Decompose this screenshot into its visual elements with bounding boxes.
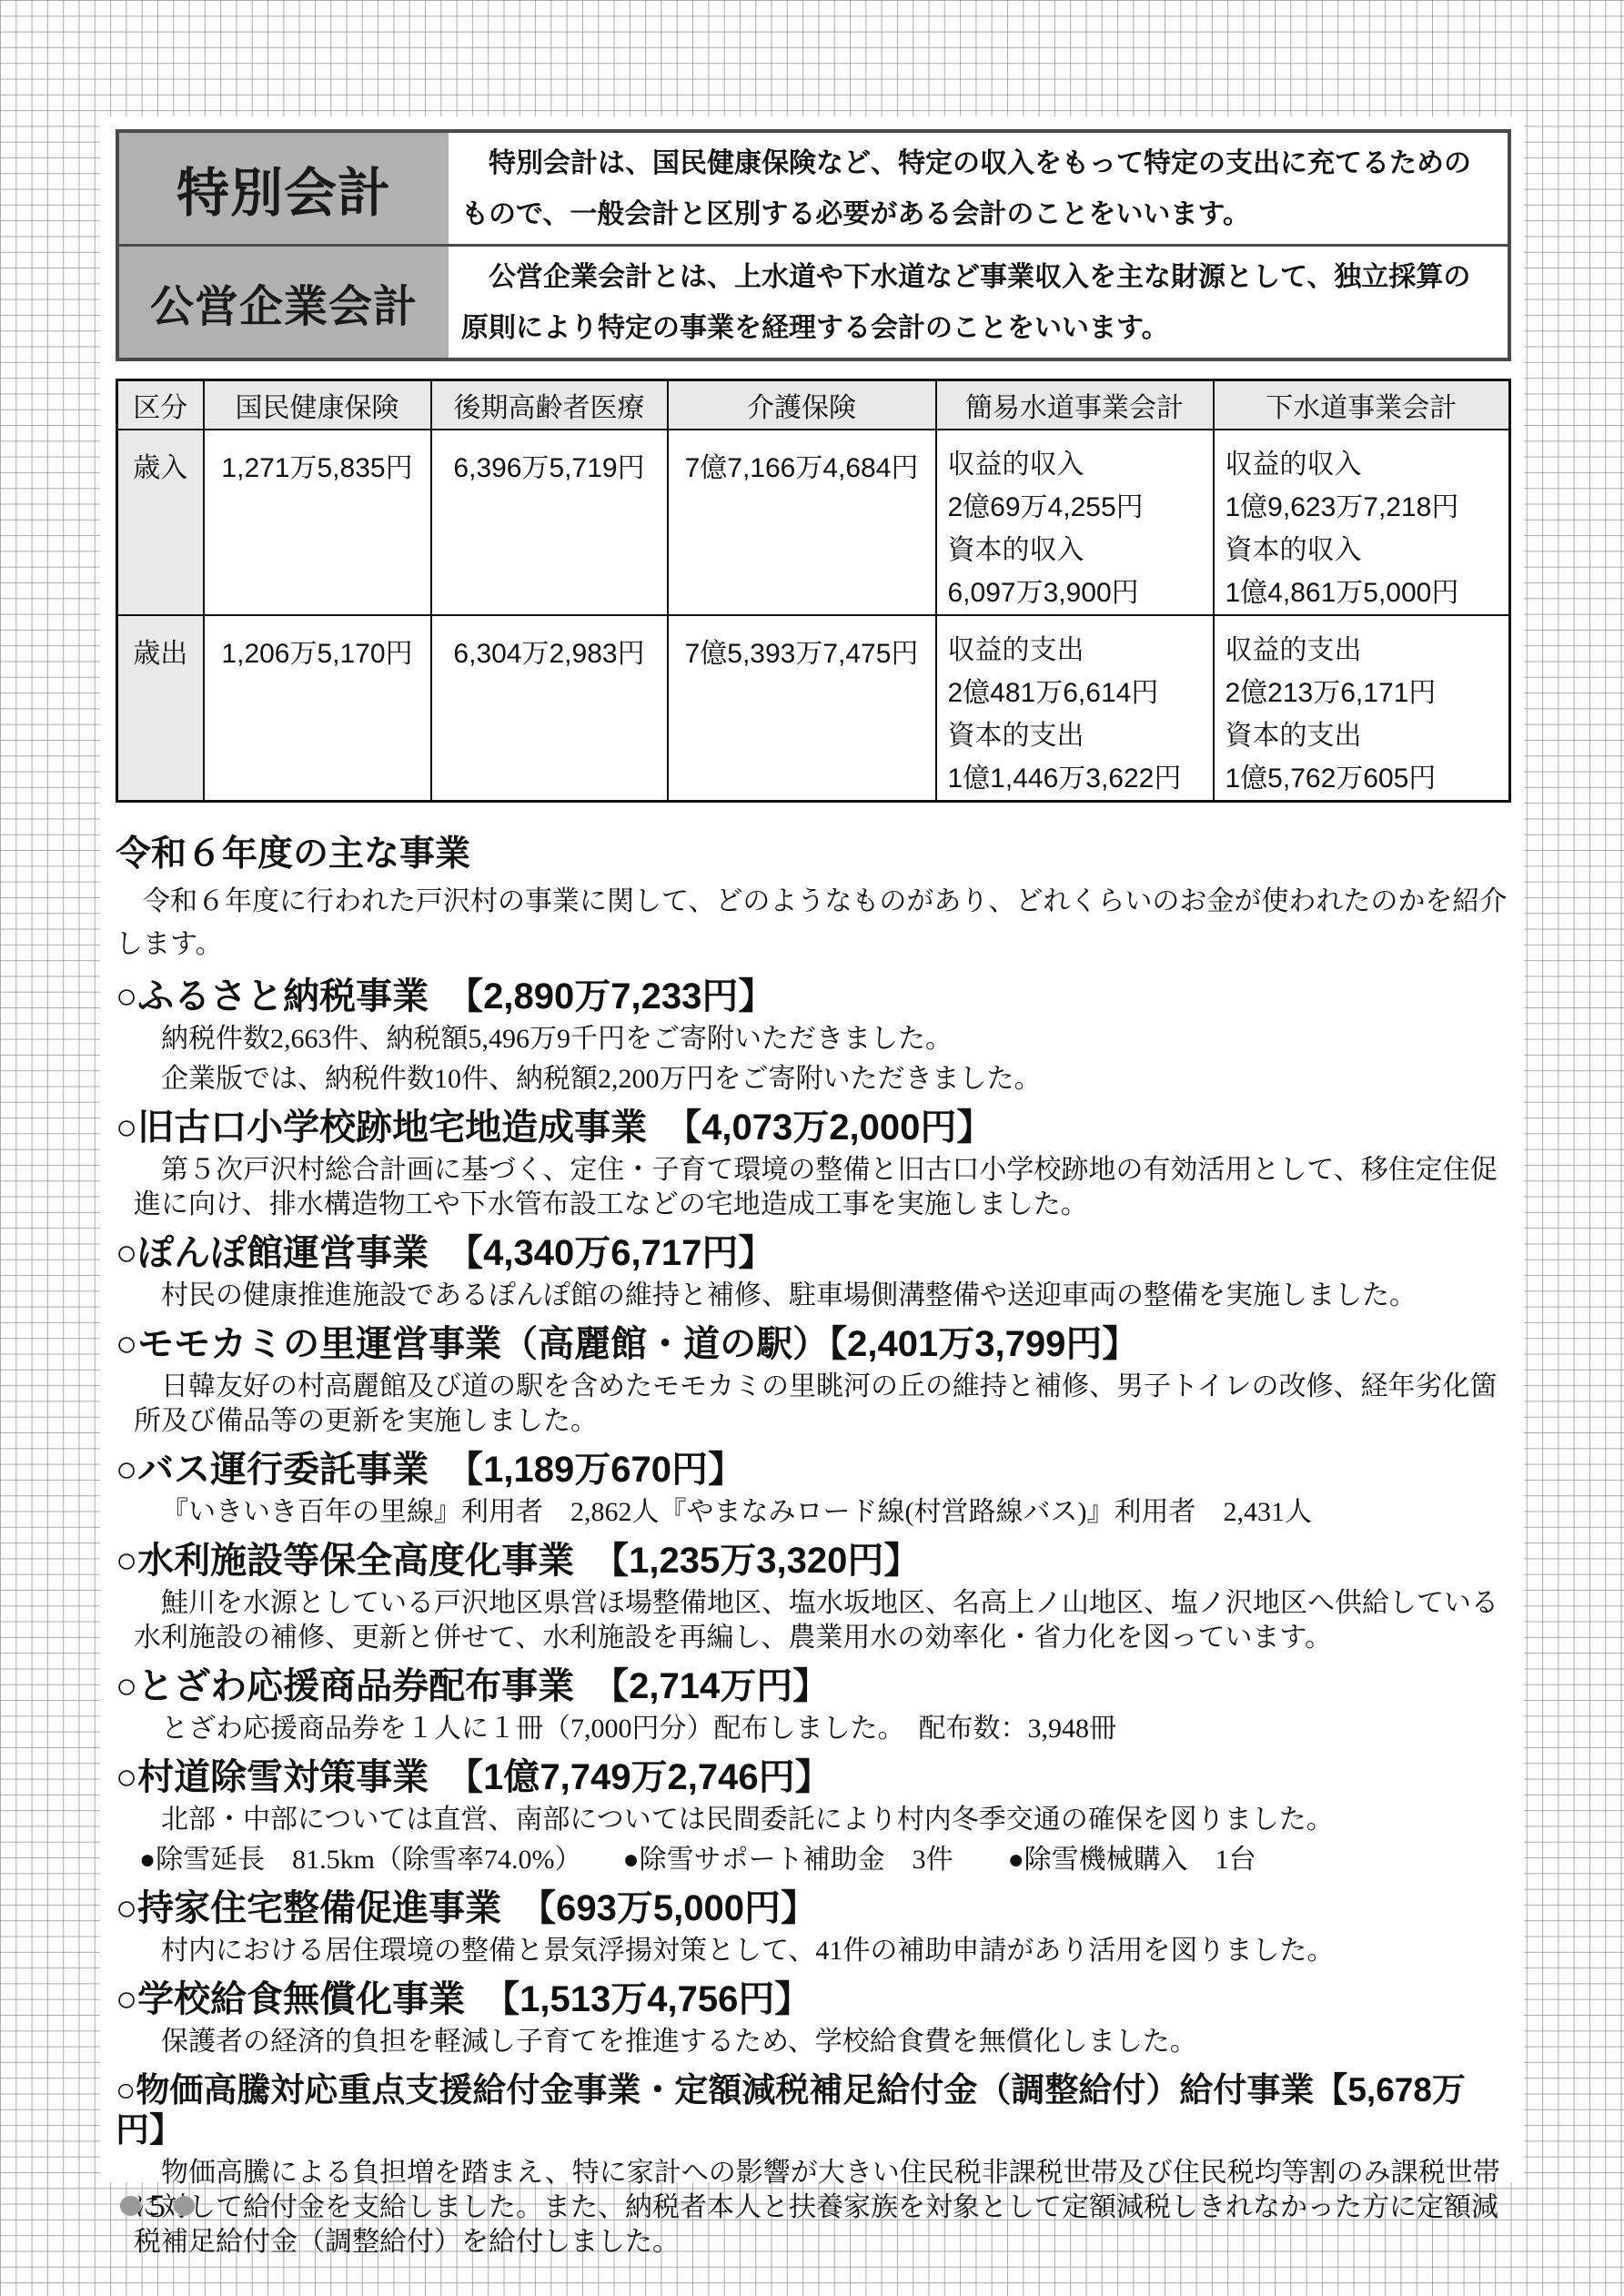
account-definitions: 特別会計 特別会計は、国民健康保険など、特定の収入をもって特定の支出に充てるため…	[116, 129, 1511, 361]
project-free-school-lunch: ○学校給食無償化事業 【1,513万4,756円】 保護者の経済的負担を軽減し子…	[116, 1979, 1511, 2059]
definition-description-text: 公営企業会計とは、上水道や下水道など事業収入を主な財源として、独立採算の原則によ…	[461, 252, 1491, 354]
expenditure-simple-waterworks: 収益的支出 2億481万6,614円 資本的支出 1億1,446万3,622円	[936, 615, 1214, 802]
project-body: 保護者の経済的負担を軽減し子育てを推進するため、学校給食費を無償化しました。	[134, 2025, 1511, 2059]
project-body: 『いきいき百年の里線』利用者 2,862人『やまなみロード線(村営路線バス)』利…	[134, 1495, 1511, 1530]
table-row-revenue: 歳入 1,271万5,835円 6,396万5,719円 7億7,166万4,6…	[117, 430, 1510, 615]
project-body: 鮭川を水源としている戸沢地区県営ほ場整備地区、塩水坂地区、名高上ノ山地区、塩ノ沢…	[134, 1586, 1511, 1655]
project-price-rise-support-grant: ○物価高騰対応重点支援給付金事業・定額減税補足給付金（調整給付）給付事業【5,6…	[116, 2070, 1511, 2260]
footer-dot-icon	[120, 2196, 141, 2216]
row-label-expenditure: 歳出	[117, 615, 204, 802]
table-header-row: 区分 国民健康保険 後期高齢者医療 介護保険 簡易水道事業会計 下水道事業会計	[117, 380, 1510, 430]
section-title: 令和６年度の主な事業	[116, 834, 1511, 875]
header-cell-late-elderly-medical: 後期高齢者医療	[431, 380, 668, 430]
project-body: 納税件数2,663件、納税額5,496万9千円をご寄附いただきました。	[134, 1022, 1511, 1057]
project-furusato-tax: ○ふるさと納税事業 【2,890万7,233円】 納税件数2,663件、納税額5…	[116, 976, 1511, 1097]
definition-description-special-account: 特別会計は、国民健康保険など、特定の収入をもって特定の支出に充てるためのもので、…	[449, 133, 1508, 244]
definition-term-public-enterprise-account: 公営企業会計	[119, 247, 449, 358]
expenditure-late-elderly-medical: 6,304万2,983円	[431, 615, 668, 802]
project-heading: ○ぽんぽ館運営事業 【4,340万6,717円】	[116, 1233, 1511, 1273]
expenditure-national-health-insurance: 1,206万5,170円	[204, 615, 431, 802]
project-heading: ○旧古口小学校跡地宅地造成事業 【4,073万2,000円】	[116, 1108, 1511, 1148]
project-body-bullets: ●除雪延長 81.5km（除雪率74.0%） ●除雪サポート補助金 3件 ●除雪…	[139, 1843, 1511, 1877]
header-cell-national-health-insurance: 国民健康保険	[204, 380, 431, 430]
table-row-expenditure: 歳出 1,206万5,170円 6,304万2,983円 7億5,393万7,4…	[117, 615, 1510, 802]
page-background: 特別会計 特別会計は、国民健康保険など、特定の収入をもって特定の支出に充てるため…	[0, 0, 1624, 2296]
project-irrigation-facilities: ○水利施設等保全高度化事業 【1,235万3,320円】 鮭川を水源としている戸…	[116, 1541, 1511, 1655]
project-heading: ○ふるさと納税事業 【2,890万7,233円】	[116, 976, 1511, 1017]
project-body: 物価高騰による負担増を踏まえ、特に家計への影響が大きい住民税非課税世帯及び住民税…	[134, 2156, 1511, 2260]
header-cell-category: 区分	[117, 380, 204, 430]
definition-description-public-enterprise-account: 公営企業会計とは、上水道や下水道など事業収入を主な財源として、独立採算の原則によ…	[449, 247, 1508, 358]
project-heading: ○バス運行委託事業 【1,189万670円】	[116, 1450, 1511, 1490]
revenue-sewerage: 収益的収入 1億9,623万7,218円 資本的収入 1億4,861万5,000…	[1214, 430, 1510, 615]
page-number: 5	[149, 2190, 166, 2222]
definition-row-public-enterprise-account: 公営企業会計 公営企業会計とは、上水道や下水道など事業収入を主な財源として、独立…	[119, 244, 1508, 358]
definition-description-text: 特別会計は、国民健康保険など、特定の収入をもって特定の支出に充てるためのもので、…	[461, 138, 1491, 240]
definition-row-special-account: 特別会計 特別会計は、国民健康保険など、特定の収入をもって特定の支出に充てるため…	[119, 133, 1508, 244]
expenditure-nursing-insurance: 7億5,393万7,475円	[668, 615, 936, 802]
project-owned-housing-promotion: ○持家住宅整備促進事業 【693万5,000円】 村内における居住環境の整備と景…	[116, 1888, 1511, 1968]
definition-term-special-account: 特別会計	[119, 133, 449, 244]
project-body: 村民の健康推進施設であるぽんぽ館の維持と補修、駐車場側溝整備や送迎車両の整備を実…	[134, 1279, 1511, 1313]
project-body: 第５次戸沢村総合計画に基づく、定住・子育て環境の整備と旧古口小学校跡地の有効活用…	[134, 1153, 1511, 1222]
page-footer: 5	[120, 2190, 195, 2222]
header-cell-simple-waterworks: 簡易水道事業会計	[936, 380, 1214, 430]
revenue-national-health-insurance: 1,271万5,835円	[204, 430, 431, 615]
project-heading: ○村道除雪対策事業 【1億7,749万2,746円】	[116, 1757, 1511, 1797]
footer-dot-icon	[174, 2196, 195, 2216]
expenditure-sewerage: 収益的支出 2億213万6,171円 資本的支出 1億5,762万605円	[1214, 615, 1510, 802]
project-heading: ○水利施設等保全高度化事業 【1,235万3,320円】	[116, 1541, 1511, 1581]
project-heading: ○学校給食無償化事業 【1,513万4,756円】	[116, 1979, 1511, 2019]
project-heading: ○モモカミの里運営事業（高麗館・道の駅）【2,401万3,799円】	[116, 1324, 1511, 1364]
special-accounts-table: 区分 国民健康保険 後期高齢者医療 介護保険 簡易水道事業会計 下水道事業会計 …	[116, 379, 1511, 803]
revenue-nursing-insurance: 7億7,166万4,684円	[668, 430, 936, 615]
project-body: 北部・中部については直営、南部については民間委託により村内冬季交通の確保を図りま…	[134, 1803, 1511, 1837]
project-tozawa-gift-voucher: ○とざわ応援商品券配布事業 【2,714万円】 とざわ応援商品券を１人に１冊（7…	[116, 1666, 1511, 1746]
project-bus-operation: ○バス運行委託事業 【1,189万670円】 『いきいき百年の里線』利用者 2,…	[116, 1450, 1511, 1530]
row-label-revenue: 歳入	[117, 430, 204, 615]
project-snow-removal: ○村道除雪対策事業 【1億7,749万2,746円】 北部・中部については直営、…	[116, 1757, 1511, 1877]
content-area: 特別会計 特別会計は、国民健康保険など、特定の収入をもって特定の支出に充てるため…	[100, 116, 1524, 2182]
header-cell-nursing-insurance: 介護保険	[668, 380, 936, 430]
revenue-late-elderly-medical: 6,396万5,719円	[431, 430, 668, 615]
project-heading: ○物価高騰対応重点支援給付金事業・定額減税補足給付金（調整給付）給付事業【5,6…	[116, 2070, 1511, 2150]
section-intro: 令和６年度に行われた戸沢村の事業に関して、どのようなものがあり、どれくらいのお金…	[116, 880, 1511, 966]
project-heading: ○とざわ応援商品券配布事業 【2,714万円】	[116, 1666, 1511, 1706]
project-body: 日韓友好の村高麗館及び道の駅を含めたモモカミの里眺河の丘の維持と補修、男子トイレ…	[134, 1370, 1511, 1439]
project-momokami-no-sato: ○モモカミの里運営事業（高麗館・道の駅）【2,401万3,799円】 日韓友好の…	[116, 1324, 1511, 1439]
header-cell-sewerage: 下水道事業会計	[1214, 380, 1510, 430]
project-ponpokan-operation: ○ぽんぽ館運営事業 【4,340万6,717円】 村民の健康推進施設であるぽんぽ…	[116, 1233, 1511, 1313]
project-former-school-site-development: ○旧古口小学校跡地宅地造成事業 【4,073万2,000円】 第５次戸沢村総合計…	[116, 1108, 1511, 1222]
project-body: とざわ応援商品券を１人に１冊（7,000円分）配布しました。 配布数：3,948…	[134, 1712, 1511, 1746]
revenue-simple-waterworks: 収益的収入 2億69万4,255円 資本的収入 6,097万3,900円	[936, 430, 1214, 615]
project-heading: ○持家住宅整備促進事業 【693万5,000円】	[116, 1888, 1511, 1928]
project-body: 村内における居住環境の整備と景気浮揚対策として、41件の補助申請があり活用を図り…	[134, 1934, 1511, 1968]
project-body: 企業版では、納税件数10件、納税額2,200万円をご寄附いただきました。	[134, 1062, 1511, 1097]
